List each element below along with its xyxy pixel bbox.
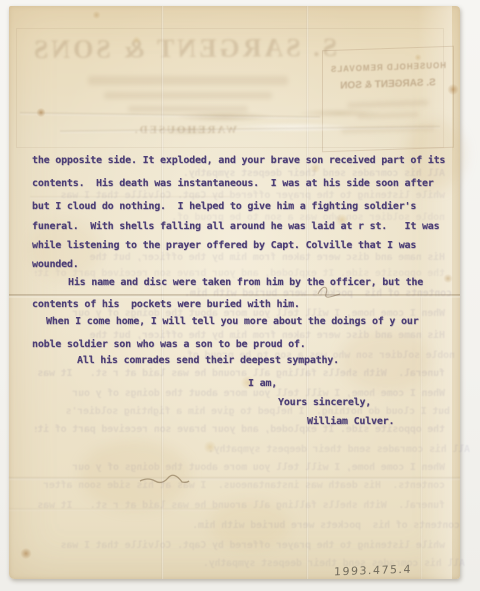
letter-line: contents. His death was instantaneous. I…	[32, 178, 434, 189]
bleed-through-line: contents of his pockets were buried with…	[50, 520, 460, 531]
stamp-box-line: HOUSEHOLD REMOVALS	[323, 61, 453, 75]
letter-line: funeral. With shells falling all around …	[32, 221, 439, 232]
letter-line: but I cloud do nothing. I helped to give…	[32, 201, 416, 212]
letter-line: wounded.	[32, 259, 79, 270]
stain-spot	[36, 108, 46, 117]
stain-spot	[132, 36, 141, 44]
letterhead-bleedthrough-title: S. SARGENT & SONS	[28, 33, 340, 65]
closing-yours-sincerely: Yours sincerely,	[278, 397, 371, 408]
letter-line: contents of his pockets were buried with…	[32, 299, 300, 310]
letterhead-bleedthrough-bar	[104, 92, 272, 99]
bleed-through-line: funeral. With shells falling all around …	[35, 500, 445, 511]
letter-line: noble soldier son who was a son to be pr…	[32, 339, 306, 350]
letter-line: the opposite side. It exploded, and your…	[32, 155, 445, 166]
bleed-through-line: When I come home, I will tell you more a…	[35, 388, 445, 399]
bleed-through-line: His name and disc were taken from him by…	[35, 252, 445, 263]
crumple-marks	[160, 100, 390, 144]
accession-number: 1993.475.4	[334, 563, 412, 579]
bleed-through-line: contents of his pockets were buried with…	[42, 288, 452, 299]
stain-spot	[20, 548, 32, 559]
bleed-through-line: All his comrades send their deepest symp…	[60, 444, 470, 455]
closing-i-am: I am,	[248, 378, 277, 389]
letter-line: while listening to the prayer offered by…	[32, 240, 416, 251]
stamp-box-line: S. SARGENT & SON	[323, 77, 453, 93]
bleed-through-line: while listening to the prayer offered by…	[35, 540, 445, 551]
bleed-through-line: while listening to the prayer offered by…	[35, 190, 445, 201]
stain-spot	[414, 54, 422, 61]
letterhead-bleedthrough-bar	[88, 76, 288, 85]
scanned-letter-page: S. SARGENT & SONS WAREHOUSED. HOUSEHOLD …	[0, 0, 480, 591]
stain-spot	[447, 84, 459, 95]
letter-line: When I come home, I will tell you more a…	[46, 316, 419, 327]
bleed-through-line: When I come home, I will tell you more a…	[35, 462, 445, 473]
bleed-through-line: funeral. With shells falling all around …	[35, 368, 445, 379]
letter-line: All his comrades send their deepest symp…	[77, 355, 339, 366]
stain-spot	[92, 11, 101, 19]
bleed-through-line: contents. His death was instantaneous. I…	[35, 480, 445, 491]
letter-line: His name and disc were taken from him by…	[68, 277, 423, 288]
signature: William Culver.	[307, 416, 394, 427]
